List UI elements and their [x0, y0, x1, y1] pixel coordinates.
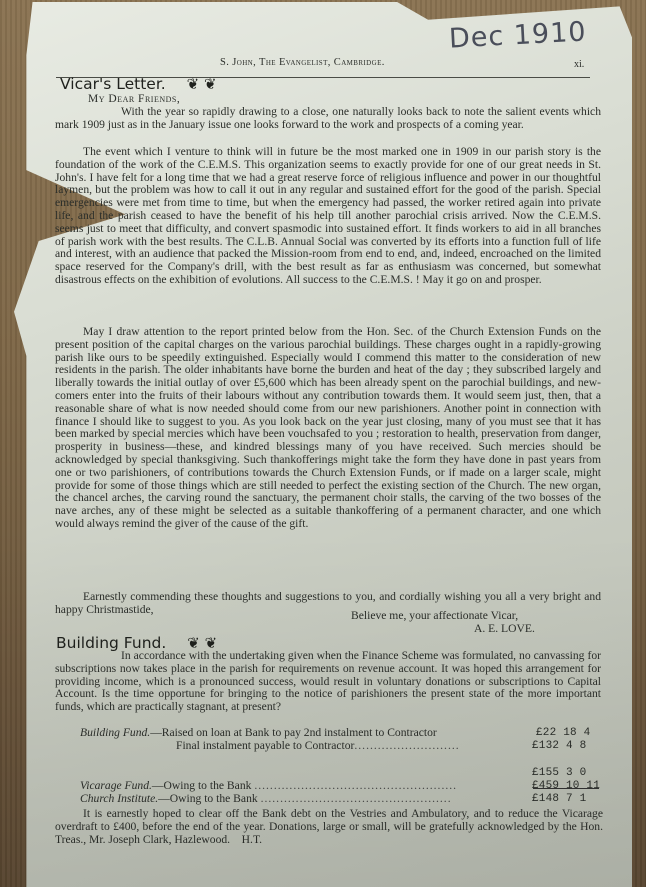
document-content: Dec 1910 S. John, The Evangelist, Cambri… — [0, 0, 646, 887]
letter-paragraph-2: The event which I venture to think will … — [55, 146, 601, 287]
ledger-amount: £148 7 1 — [532, 793, 586, 805]
signature: A. E. LOVE. — [474, 622, 535, 635]
ledger-row-vicarage-fund: Vicarage Fund.—Owing to the Bank .......… — [80, 779, 457, 792]
building-fund-intro: In accordance with the undertaking given… — [55, 650, 601, 714]
building-fund-closing: It is earnestly hoped to clear off the B… — [55, 808, 603, 846]
ledger-total: £155 3 0 — [532, 767, 586, 779]
vicars-letter-title: Vicar's Letter. ❦ ❦ — [60, 75, 217, 93]
closing-line: Believe me, your affectionate Vicar, — [351, 609, 518, 622]
ledger-amount: £132 4 8 — [532, 740, 586, 752]
salutation: My Dear Friends, — [88, 93, 180, 105]
vicars-letter-title-text: Vicar's Letter. — [60, 75, 166, 93]
author-initials: H.T. — [242, 833, 262, 846]
handwritten-date: Dec 1910 — [448, 16, 587, 54]
letter-paragraph-4: Earnestly commending these thoughts and … — [55, 591, 601, 617]
leaf-ornament-icon: ❦ ❦ — [187, 75, 217, 93]
ledger-amount: £459 10 11 — [532, 780, 600, 792]
ledger-row-church-institute: Church Institute.—Owing to the Bank ....… — [80, 792, 452, 805]
letter-paragraph-1: With the year so rapidly drawing to a cl… — [55, 106, 601, 132]
ledger-row-final-instalment: Final instalment payable to Contractor..… — [176, 739, 460, 752]
running-head: S. John, The Evangelist, Cambridge. — [220, 57, 385, 68]
ledger-row-building-fund: Building Fund.—Raised on loan at Bank to… — [80, 726, 437, 739]
letter-paragraph-3: May I draw attention to the report print… — [55, 326, 601, 531]
ledger-amount: £22 18 4 — [536, 727, 590, 739]
page-number: xi. — [574, 59, 584, 70]
